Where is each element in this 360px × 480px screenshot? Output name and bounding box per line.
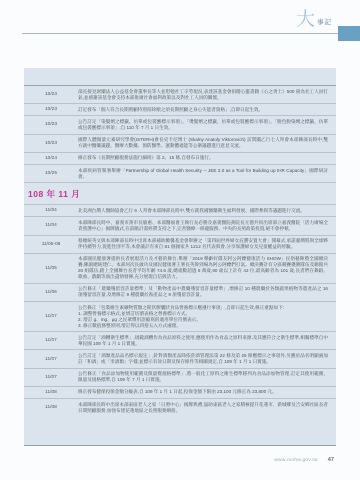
event-date: 11/06 — [24, 290, 78, 295]
event-date: 10/24 — [24, 156, 78, 161]
event-date: 11/07 — [24, 357, 78, 362]
event-row: 11/08 本部陳部長時中出席本部東區老人之家「日照中心」揭牌典禮,協助東區老人… — [24, 398, 336, 416]
event-text: 本部陳部長時中、嘉義市黃市長敏惠、本部醫福會王執行長必勝及嘉義醫院黃院長元德共同… — [78, 220, 331, 232]
event-text: 公告修正「農藥殘留容許量標準」及「動物產品中農藥殘留容許量標準」,增修訂 10 … — [78, 286, 331, 298]
website-url: www.mohw.gov.tw — [274, 458, 317, 463]
table-top-spacer — [24, 68, 336, 85]
event-row: 10/24 修正發布《長期照顧服務法施行細則》第 2、15 條,自發布日施行。 — [24, 152, 336, 164]
event-row: 11/07 公告訂定「酒糟衛生標準」,規範酒糟作為食品原料之使用,應使用作為食品… — [24, 331, 336, 349]
page-number: 47 — [328, 457, 334, 463]
event-date: 11/07 — [24, 338, 78, 343]
event-row: 10/25 本部疾病管制署舉辦「Partnership of Global He… — [24, 164, 336, 182]
event-row: 11/06 公告修正「農藥殘留容許量標準」及「動物產品中農藥殘留容許量標準」,增… — [24, 283, 336, 301]
event-row: 11/05 本部國民健康署提供長者展現活力及才藝的舞台,舉辦「2019 樂齡好隊… — [24, 253, 336, 283]
event-text: 公告修正「包裝維生素礦物質類之錠狀膠囊狀食品營養標示應遵行事項」,自即日起生效,… — [78, 305, 331, 329]
event-row: 10/23 訂定發布「個人符合長期照顧特別扣除額之須長期照顧之身心失能者資格」,… — [24, 103, 336, 115]
event-text: 修正發布《長期照顧服務法施行細則》第 2、15 條,自發布日施行。 — [78, 155, 331, 161]
event-text: 訂定發布「個人符合長期照顧特別扣除額之須長期照顧之身心失能者資格」,自即日起生效… — [78, 107, 331, 113]
page-title-small-text: 事記 — [317, 17, 332, 26]
document-page: 大 事記 10/23 部長接見財團法人公益基金會董事長等人並慰勉社工辛勞現況,表… — [0, 0, 360, 480]
event-text: 公告訂定「酒糟衛生標準」,規範酒糟作為食品原料之使用,應使用作為食品之原料來源,… — [78, 335, 331, 347]
event-date: 10/25 — [24, 171, 78, 176]
event-date: 11/07 — [24, 314, 78, 319]
event-text: 公告修正「食品添加物使用範圍及限量暨規格標準」,將一般化工原料之衛生標準移列為食… — [78, 371, 331, 383]
event-text: 修正發布健保投保金額分級表,自 109 年 1 月 1 日起,投保金額下限由 2… — [78, 389, 331, 395]
event-row: 11/05-08 蔡總統英文與本部陳部長時中出席本部補助勵馨基金會舉辦之「第四屆… — [24, 235, 336, 253]
event-row: 11/07 公告修正「包裝維生素礦物質類之錠狀膠囊狀食品營養標示應遵行事項」,自… — [24, 301, 336, 331]
page-title: 大 事記 — [296, 10, 332, 29]
event-row: 11/07 公告修正「食品添加物使用範圍及限量暨規格標準」,將一般化工原料之衛生… — [24, 368, 336, 386]
accent-tab — [338, 26, 360, 41]
event-date: 11/04 — [24, 208, 78, 213]
month-section-header: 108 年 11 月 — [24, 182, 336, 204]
event-date: 10/23 — [24, 122, 78, 127]
event-row: 11/07 公告訂定「酒類產品品名標示規定」,針對酒類產品除依菸酒管理法第 22… — [24, 349, 336, 367]
event-text: 本部疾病管制署舉辦「Partnership of Global Health S… — [78, 168, 331, 180]
event-date: 10/23 — [24, 92, 78, 97]
event-text: 蔡總統英文與本部陳部長時中出席本部補助勵馨基金會舉辦之「第四屆世界婦女庇護安置大… — [78, 238, 331, 250]
event-date: 10/23 — [24, 141, 78, 146]
event-text: 本部陳部長時中出席本部東區老人之家「日照中心」揭牌典禮,協助東區老人之家積極提升… — [78, 402, 331, 414]
event-row: 10/23 公告訂定「染髮劑之標籤、仿單或包裝應標示事項」、「燙髮劑之標籤、仿單… — [24, 115, 336, 133]
event-text: 公告訂定「染髮劑之標籤、仿單或包裝應標示事項」、「燙髮劑之標籤、仿單或包裝應標示… — [78, 119, 331, 131]
event-row: 11/08 修正發布健保投保金額分級表,自 109 年 1 月 1 日起,投保金… — [24, 386, 336, 398]
page-footer: www.mohw.gov.tw 47 — [274, 457, 334, 463]
event-date: 11/07 — [24, 375, 78, 380]
event-date: 11/08 — [24, 405, 78, 410]
event-row: 11/04 北美洲台灣人醫師協會乙行 6 人拜會本部陳部長時中,雙方就我國醫藥衛… — [24, 204, 336, 216]
header-rule — [22, 33, 338, 34]
event-text: 本部國民健康署提供長者展現活力及才藝的舞台,舉辦「2019 樂齡好隊友阿公阿嬤健… — [78, 256, 331, 280]
event-text: 北美洲台灣人醫師協會乙行 6 人拜會本部陳部長時中,雙方就我國醫藥衛生福利發展、… — [78, 208, 331, 214]
event-date: 11/05 — [24, 266, 78, 271]
event-row: 10/23 國際人體微量元素研究學會(ISTERH)會長史卡尼博士 (Skaln… — [24, 134, 336, 152]
event-row: 10/23 部長接見財團法人公益基金會董事長等人並慰勉社工辛勞現況,表達該基金會… — [24, 85, 336, 103]
events-table: 10/23 部長接見財團法人公益基金會董事長等人並慰勉社工辛勞現況,表達該基金會… — [24, 68, 336, 446]
event-text: 部長接見財團法人公益基金會董事長等人並慰勉社工辛勞現況,表達該基金會捐贈心靈書籍… — [78, 89, 331, 101]
event-text: 公告訂定「酒類產品品名標示規定」,針對酒類產品除依菸酒管理法第 22 條及第 2… — [78, 353, 331, 365]
event-date: 11/08 — [24, 390, 78, 395]
event-text: 國際人體微量元素研究學會(ISTERH)會長史卡尼博士 (Skalny Anat… — [78, 137, 331, 149]
page-title-large-char: 大 — [296, 10, 315, 29]
event-date: 11/04 — [24, 223, 78, 228]
event-date: 10/23 — [24, 107, 78, 112]
event-date: 11/05-08 — [24, 242, 78, 247]
event-row: 11/04 本部陳部長時中、嘉義市黃市長敏惠、本部醫福會王執行長必勝及嘉義醫院黃… — [24, 216, 336, 234]
